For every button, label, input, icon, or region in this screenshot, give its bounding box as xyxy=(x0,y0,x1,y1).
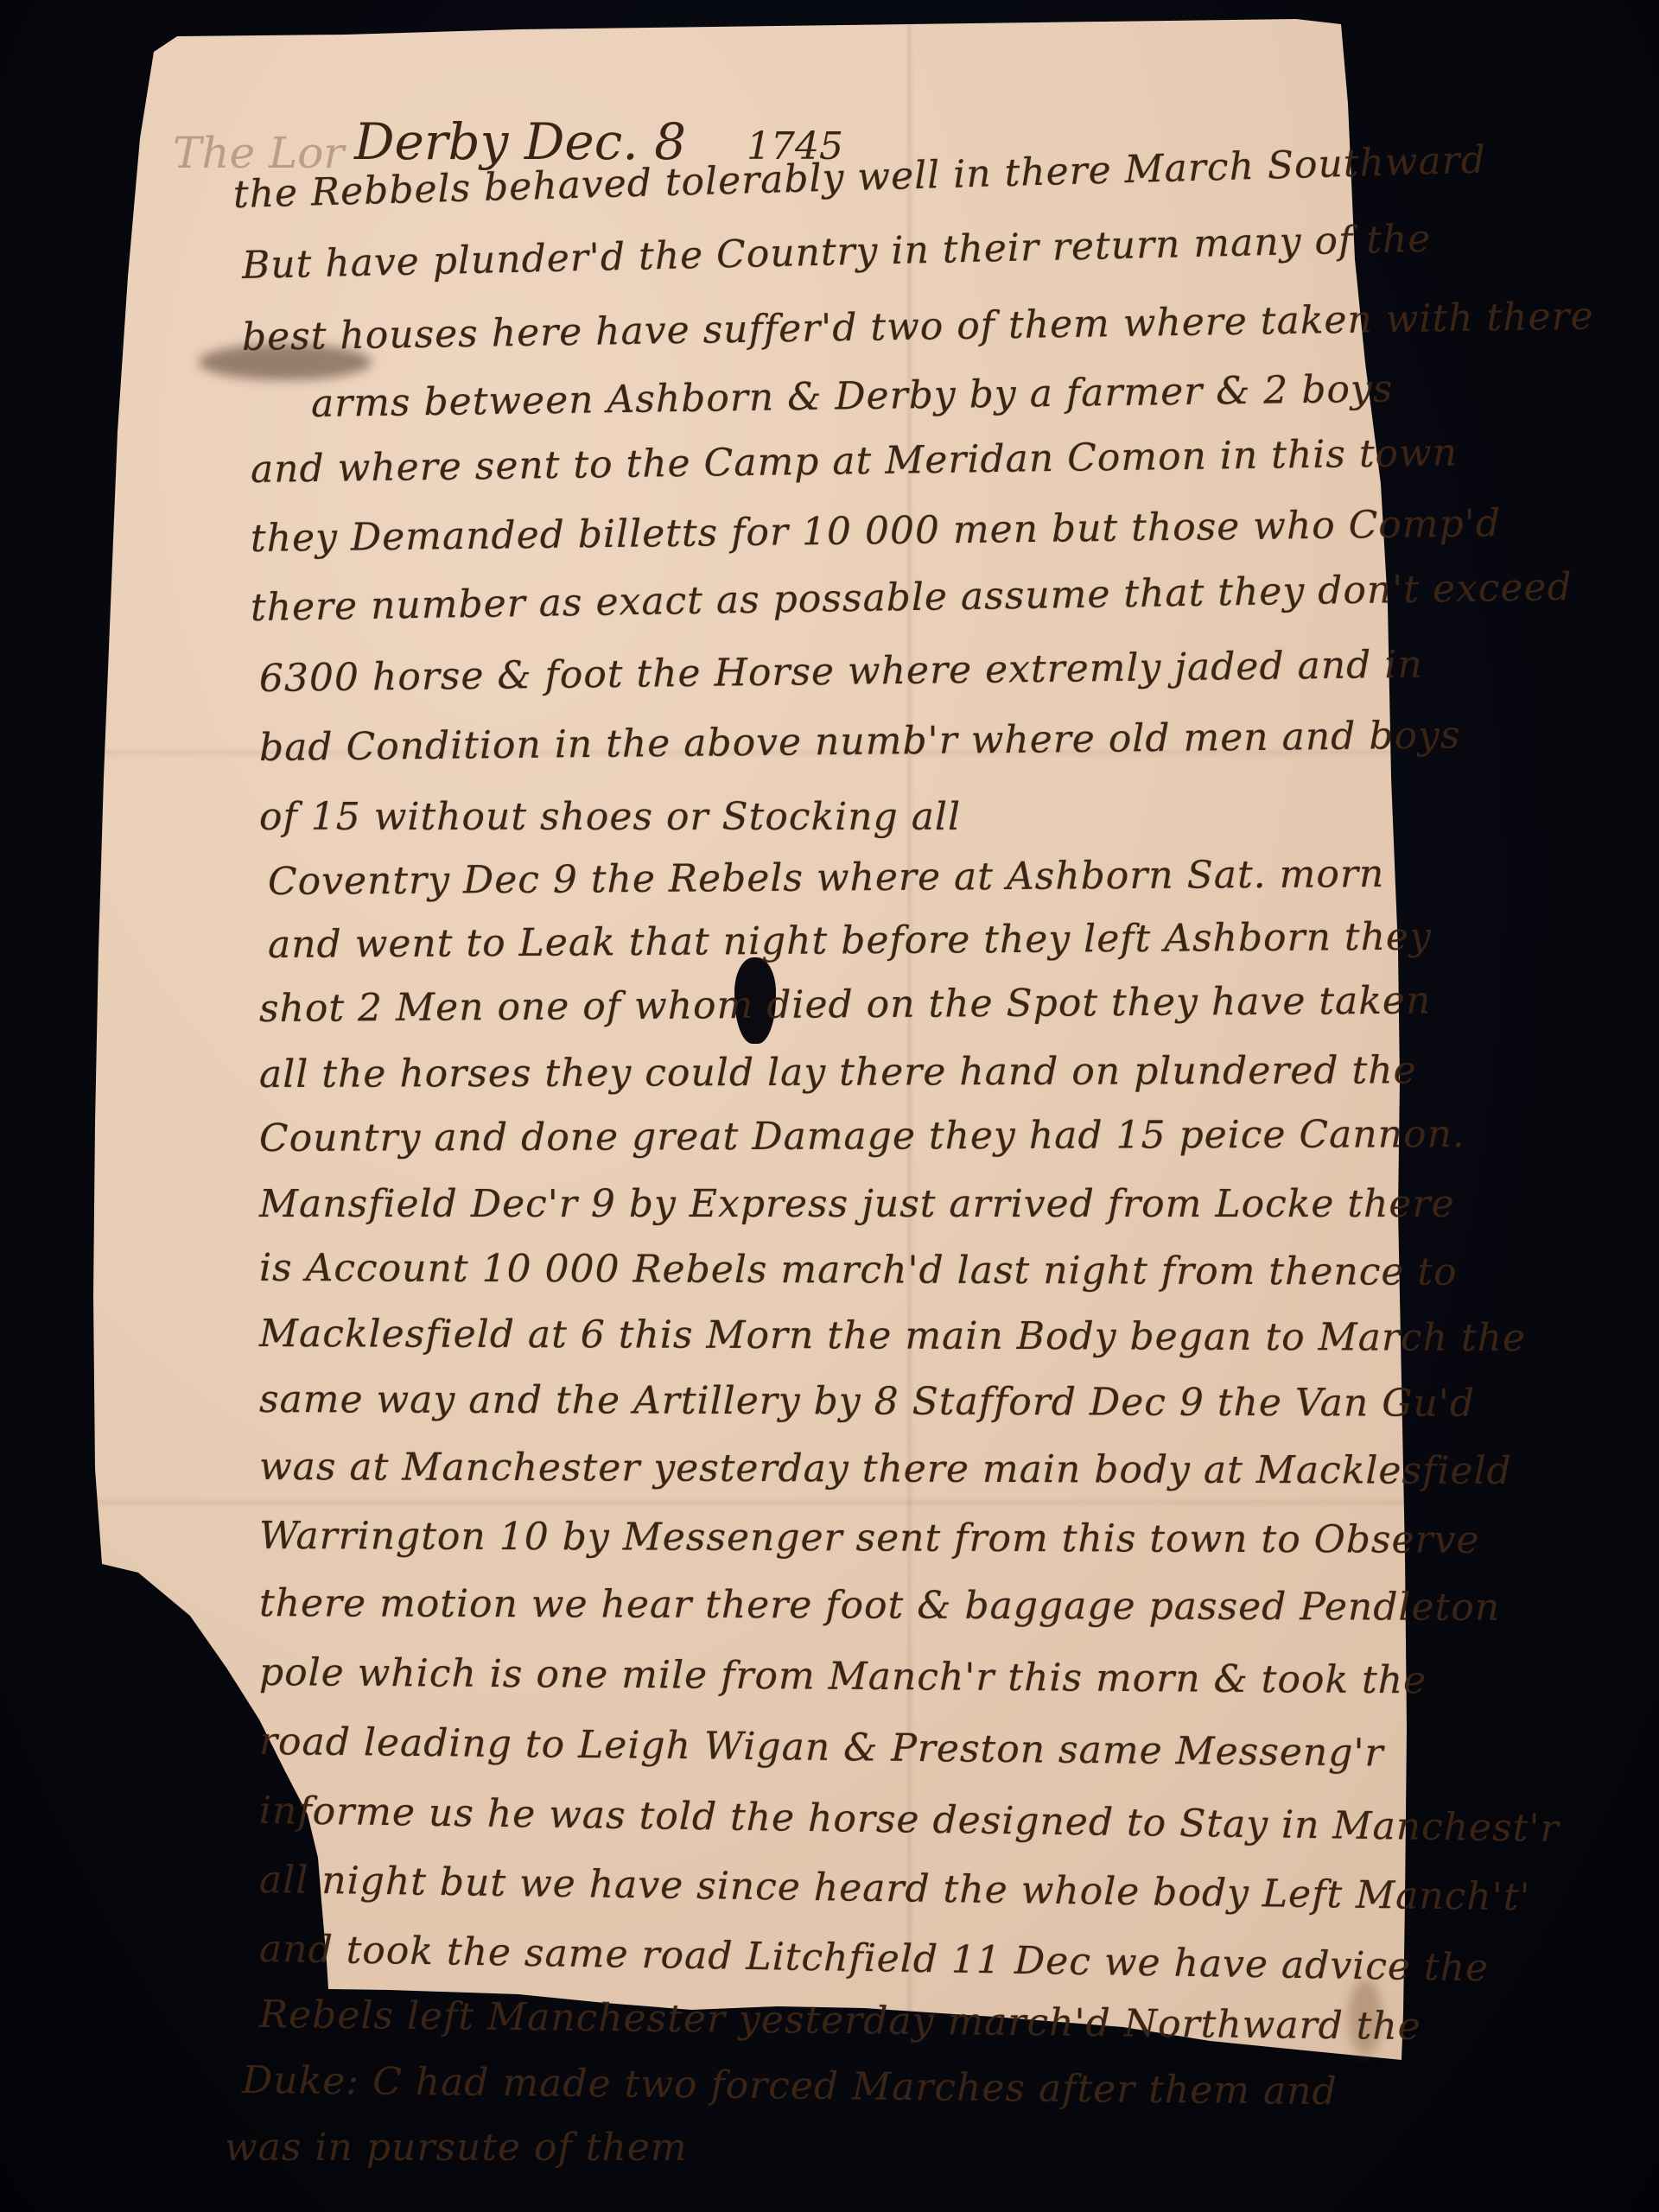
manuscript-line: and went to Leak that night before they … xyxy=(268,915,1432,967)
manuscript-line: pole which is one mile from Manch'r this… xyxy=(259,1650,1427,1702)
manuscript-line: same way and the Artillery by 8 Stafford… xyxy=(259,1377,1475,1426)
manuscript-line: there motion we hear there foot & baggag… xyxy=(259,1581,1500,1630)
manuscript-line: was in pursute of them xyxy=(225,2126,688,2170)
manuscript-line: Country and done great Damage they had 1… xyxy=(259,1112,1465,1160)
photo-backdrop: The Lor Derby Dec. 81745 the Rebbels beh… xyxy=(0,0,1659,2212)
manuscript-line: Macklesfield at 6 this Morn the main Bod… xyxy=(259,1312,1526,1360)
manuscript-line: Coventry Dec 9 the Rebels where at Ashbo… xyxy=(268,852,1385,904)
manuscript-line: all the horses they could lay there hand… xyxy=(259,1048,1417,1096)
manuscript-line: Warrington 10 by Messenger sent from thi… xyxy=(259,1514,1480,1562)
manuscript-line: of 15 without shoes or Stocking all xyxy=(259,795,961,839)
manuscript-line: Duke: C had made two forced Marches afte… xyxy=(242,2058,1338,2113)
manuscript-line: shot 2 Men one of whom died on the Spot … xyxy=(259,979,1432,1031)
manuscript-line: is Account 10 000 Rebels march'd last ni… xyxy=(259,1246,1458,1294)
manuscript-line: Mansfield Dec'r 9 by Express just arrive… xyxy=(259,1182,1455,1226)
manuscript-line: was at Manchester yesterday there main b… xyxy=(259,1445,1512,1493)
